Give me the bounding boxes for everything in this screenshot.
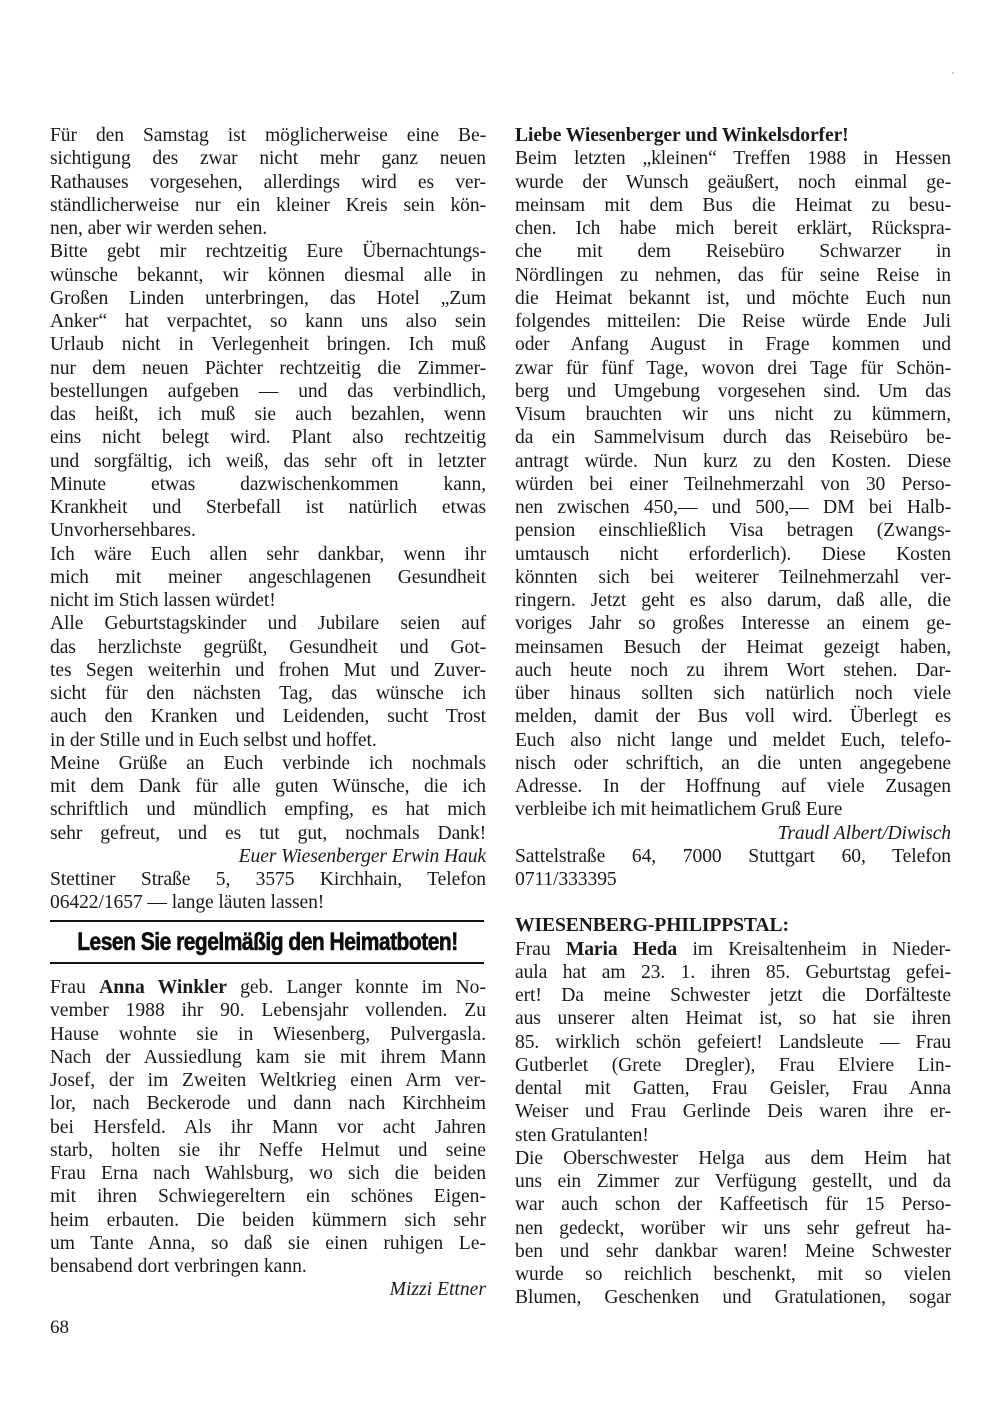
promo-banner: Lesen Sie regelmäßig den Heimatboten! xyxy=(50,920,484,964)
text-line: mit dem Dank für alle guten Wünsche, die… xyxy=(50,775,486,798)
promo-banner-text: Lesen Sie regelmäßig den Heimatboten! xyxy=(77,928,457,957)
text-line: umtausch nicht erforderlich). Diese Kost… xyxy=(515,543,951,566)
text-line: Anker“ hat verpachtet, so kann uns also … xyxy=(50,310,486,333)
text-line: heim erbauten. Die beiden kümmern sich s… xyxy=(50,1209,486,1232)
text-line: lor, nach Beckerode und dann nach Kirchh… xyxy=(50,1092,486,1115)
text-line: ert! Da meine Schwester jetzt die Dorfäl… xyxy=(515,984,951,1007)
scan-speck xyxy=(952,72,954,74)
text-line: Euch also nicht lange und meldet Euch, t… xyxy=(515,729,951,752)
text-line: um Tante Anna, so daß sie einen ruhigen … xyxy=(50,1232,486,1255)
text-line: Nach der Aussiedlung kam sie mit ihrem M… xyxy=(50,1046,486,1069)
text-line: antragt würde. Nun kurz zu den Kosten. D… xyxy=(515,450,951,473)
text-line: aula hat am 23. 1. ihren 85. Geburtstag … xyxy=(515,961,951,984)
text-line: Weiser und Frau Gerlinde Deis waren ihre… xyxy=(515,1100,951,1123)
text-line: sehr gefreut, und es tut gut, nochmals D… xyxy=(50,822,486,845)
text-fragment: Frau xyxy=(50,977,99,998)
text-line: da ein Sammelvisum durch das Reisebüro b… xyxy=(515,426,951,449)
section-heading: WIESENBERG-PHILIPPSTAL: xyxy=(515,914,951,937)
text-line: nicht im Stich lassen würdet! xyxy=(50,589,486,612)
text-line: Unvorhersehbares. xyxy=(50,519,486,542)
text-line: 85. wirklich schön gefeiert! Landsleute … xyxy=(515,1031,951,1054)
text-line: war auch schon der Kaffeetisch für 15 Pe… xyxy=(515,1193,951,1216)
address-line: Sattelstraße 64, 7000 Stuttgart 60, Tele… xyxy=(515,845,951,868)
spacer xyxy=(515,891,951,914)
text-line: uns ein Zimmer zur Verfügung gestellt, u… xyxy=(515,1170,951,1193)
text-line: ben und sehr dankbar waren! Meine Schwes… xyxy=(515,1240,951,1263)
text-line: dental mit Gatten, Frau Geisler, Frau An… xyxy=(515,1077,951,1100)
text-line: Frau Maria Heda im Kreisaltenheim in Nie… xyxy=(515,938,951,961)
text-line: bensabend dort verbringen kann. xyxy=(50,1255,486,1278)
text-line: wurde so reichlich beschenkt, mit so vie… xyxy=(515,1263,951,1286)
text-line: pension einschließlich Visa betragen (Zw… xyxy=(515,519,951,542)
text-line: Adresse. In der Hoffnung auf viele Zusag… xyxy=(515,775,951,798)
left-column: Für den Samstag ist möglicherweise eine … xyxy=(50,124,486,915)
text-line: in der Stille und in Euch selbst und hof… xyxy=(50,729,486,752)
text-line: verbleibe ich mit heimatlichem Gruß Eure xyxy=(515,798,951,821)
text-line: Beim letzten „kleinen“ Treffen 1988 in H… xyxy=(515,147,951,170)
text-line: Alle Geburtstagskinder und Jubilare seie… xyxy=(50,612,486,635)
letter-heading: Liebe Wiesenberger und Winkelsdorfer! xyxy=(515,124,951,147)
text-line: Gutberlet (Grete Dregler), Frau Elviere … xyxy=(515,1054,951,1077)
text-line: mit ihren Schwiegereltern ein schönes Ei… xyxy=(50,1185,486,1208)
text-line: auch den Kranken und Leidenden, sucht Tr… xyxy=(50,705,486,728)
text-line: Rathauses vorgesehen, allerdings wird es… xyxy=(50,171,486,194)
text-line: schriftlich und mündlich empfing, es hat… xyxy=(50,798,486,821)
anna-winkler-article: Frau Anna Winkler geb. Langer konnte im … xyxy=(50,976,486,1302)
address-line: 06422/1657 — lange läuten lassen! xyxy=(50,891,486,914)
text-line: Josef, der im Zweiten Weltkrieg einen Ar… xyxy=(50,1069,486,1092)
text-line: bei Hersfeld. Als ihr Mann vor acht Jahr… xyxy=(50,1116,486,1139)
text-line: ringern. Jetzt geht es also darum, daß a… xyxy=(515,589,951,612)
right-column: Liebe Wiesenberger und Winkelsdorfer! Be… xyxy=(515,124,951,1310)
text-line: Für den Samstag ist möglicherweise eine … xyxy=(50,124,486,147)
text-line: tes Segen weiterhin und frohen Mut und Z… xyxy=(50,659,486,682)
text-line: nen zwischen 450,— und 500,— DM bei Halb… xyxy=(515,496,951,519)
text-line: folgendes mitteilen: Die Reise würde End… xyxy=(515,310,951,333)
text-line: aus unserer alten Heimat ist, so hat sie… xyxy=(515,1007,951,1030)
text-line: Nördlingen zu nehmen, das für seine Reis… xyxy=(515,264,951,287)
text-line: Visum brauchten wir uns nicht zu kümmern… xyxy=(515,403,951,426)
person-name: Maria Heda xyxy=(566,939,677,960)
text-line: und sorgfältig, ich weiß, das sehr oft i… xyxy=(50,450,486,473)
text-line: sten Gratulanten! xyxy=(515,1124,951,1147)
text-line: eins nicht belegt wird. Plant also recht… xyxy=(50,426,486,449)
text-line: Großen Linden unterbringen, das Hotel „Z… xyxy=(50,287,486,310)
text-line: Meine Grüße an Euch verbinde ich nochmal… xyxy=(50,752,486,775)
text-fragment: Frau xyxy=(515,939,566,960)
text-line: nen gedeckt, worüber wir uns sehr gefreu… xyxy=(515,1217,951,1240)
hauk-letter: Für den Samstag ist möglicherweise eine … xyxy=(50,124,486,915)
text-line: die Heimat bekannt ist, und möchte Euch … xyxy=(515,287,951,310)
text-line: che mit dem Reisebüro Schwarzer in xyxy=(515,240,951,263)
text-line: nur dem neuen Pächter rechtzeitig die Zi… xyxy=(50,357,486,380)
text-line: wurde der Wunsch geäußert, noch einmal g… xyxy=(515,171,951,194)
text-line: meinsam mit dem Bus die Heimat zu besu- xyxy=(515,194,951,217)
text-line: Bitte gebt mir rechtzeitig Eure Übernach… xyxy=(50,240,486,263)
signature-hauk: Euer Wiesenberger Erwin Hauk xyxy=(50,845,486,868)
text-line: nen, aber wir werden sehen. xyxy=(50,217,486,240)
text-line: Ich wäre Euch allen sehr dankbar, wenn i… xyxy=(50,543,486,566)
text-line: Die Oberschwester Helga aus dem Heim hat xyxy=(515,1147,951,1170)
text-line: auch heute noch zu ihrem Wort stehen. Da… xyxy=(515,659,951,682)
text-line: wünsche bekannt, wir können diesmal alle… xyxy=(50,264,486,287)
text-line: mich mit meiner angeschlagenen Gesundhei… xyxy=(50,566,486,589)
text-line: oder Anfang August in Frage kommen und xyxy=(515,333,951,356)
address-line: 0711/333395 xyxy=(515,868,951,891)
text-line: zwar für fünf Tage, wovon drei Tage für … xyxy=(515,357,951,380)
text-line: berg und Umgebung vorgesehen sind. Um da… xyxy=(515,380,951,403)
text-fragment: im Kreisaltenheim in Nieder- xyxy=(677,939,951,960)
signature-albert: Traudl Albert/Diwisch xyxy=(515,822,951,845)
text-line: Minute etwas dazwischenkommen kann, xyxy=(50,473,486,496)
text-line: Frau Erna nach Wahlsburg, wo sich die be… xyxy=(50,1162,486,1185)
person-name: Anna Winkler xyxy=(99,977,227,998)
text-line: könnten sich bei weiterer Teilnehmerzahl… xyxy=(515,566,951,589)
text-line: über hinaus sollten sich natürlich noch … xyxy=(515,682,951,705)
text-line: nisch oder schriftich, an die unten ange… xyxy=(515,752,951,775)
text-line: vember 1988 ihr 90. Lebensjahr vollenden… xyxy=(50,999,486,1022)
text-fragment: geb. Langer konnte im No- xyxy=(227,977,486,998)
page-number: 68 xyxy=(50,1317,69,1339)
text-line: meinsamen Besuch der Heimat gezeigt habe… xyxy=(515,636,951,659)
text-line: Urlaub nicht in Verlegenheit bringen. Ic… xyxy=(50,333,486,356)
text-line: sicht für den nächsten Tag, das wünsche … xyxy=(50,682,486,705)
text-line: sichtigung des zwar nicht mehr ganz neue… xyxy=(50,147,486,170)
signature-ettner: Mizzi Ettner xyxy=(50,1278,486,1301)
text-line: Hause wohnte sie in Wiesenberg, Pulverga… xyxy=(50,1023,486,1046)
text-line: bestellungen aufgeben — und das verbindl… xyxy=(50,380,486,403)
text-line: voriges Jahr so großes Interesse an eine… xyxy=(515,612,951,635)
address-line: Stettiner Straße 5, 3575 Kirchhain, Tele… xyxy=(50,868,486,891)
text-line: starb, holten sie ihr Neffe Helmut und s… xyxy=(50,1139,486,1162)
text-line: Krankheit und Sterbefall ist natürlich e… xyxy=(50,496,486,519)
text-line: melden, damit der Bus voll wird. Überleg… xyxy=(515,705,951,728)
text-line: würden bei einer Teilnehmerzahl von 30 P… xyxy=(515,473,951,496)
text-line: ständlicherweise nur ein kleiner Kreis s… xyxy=(50,194,486,217)
text-line: Frau Anna Winkler geb. Langer konnte im … xyxy=(50,976,486,999)
text-line: das heißt, ich muß sie auch bezahlen, we… xyxy=(50,403,486,426)
text-line: das herzlichste gegrüßt, Gesundheit und … xyxy=(50,636,486,659)
text-line: Blumen, Geschenken und Gratulationen, so… xyxy=(515,1286,951,1309)
text-line: chen. Ich habe mich bereit erklärt, Rück… xyxy=(515,217,951,240)
